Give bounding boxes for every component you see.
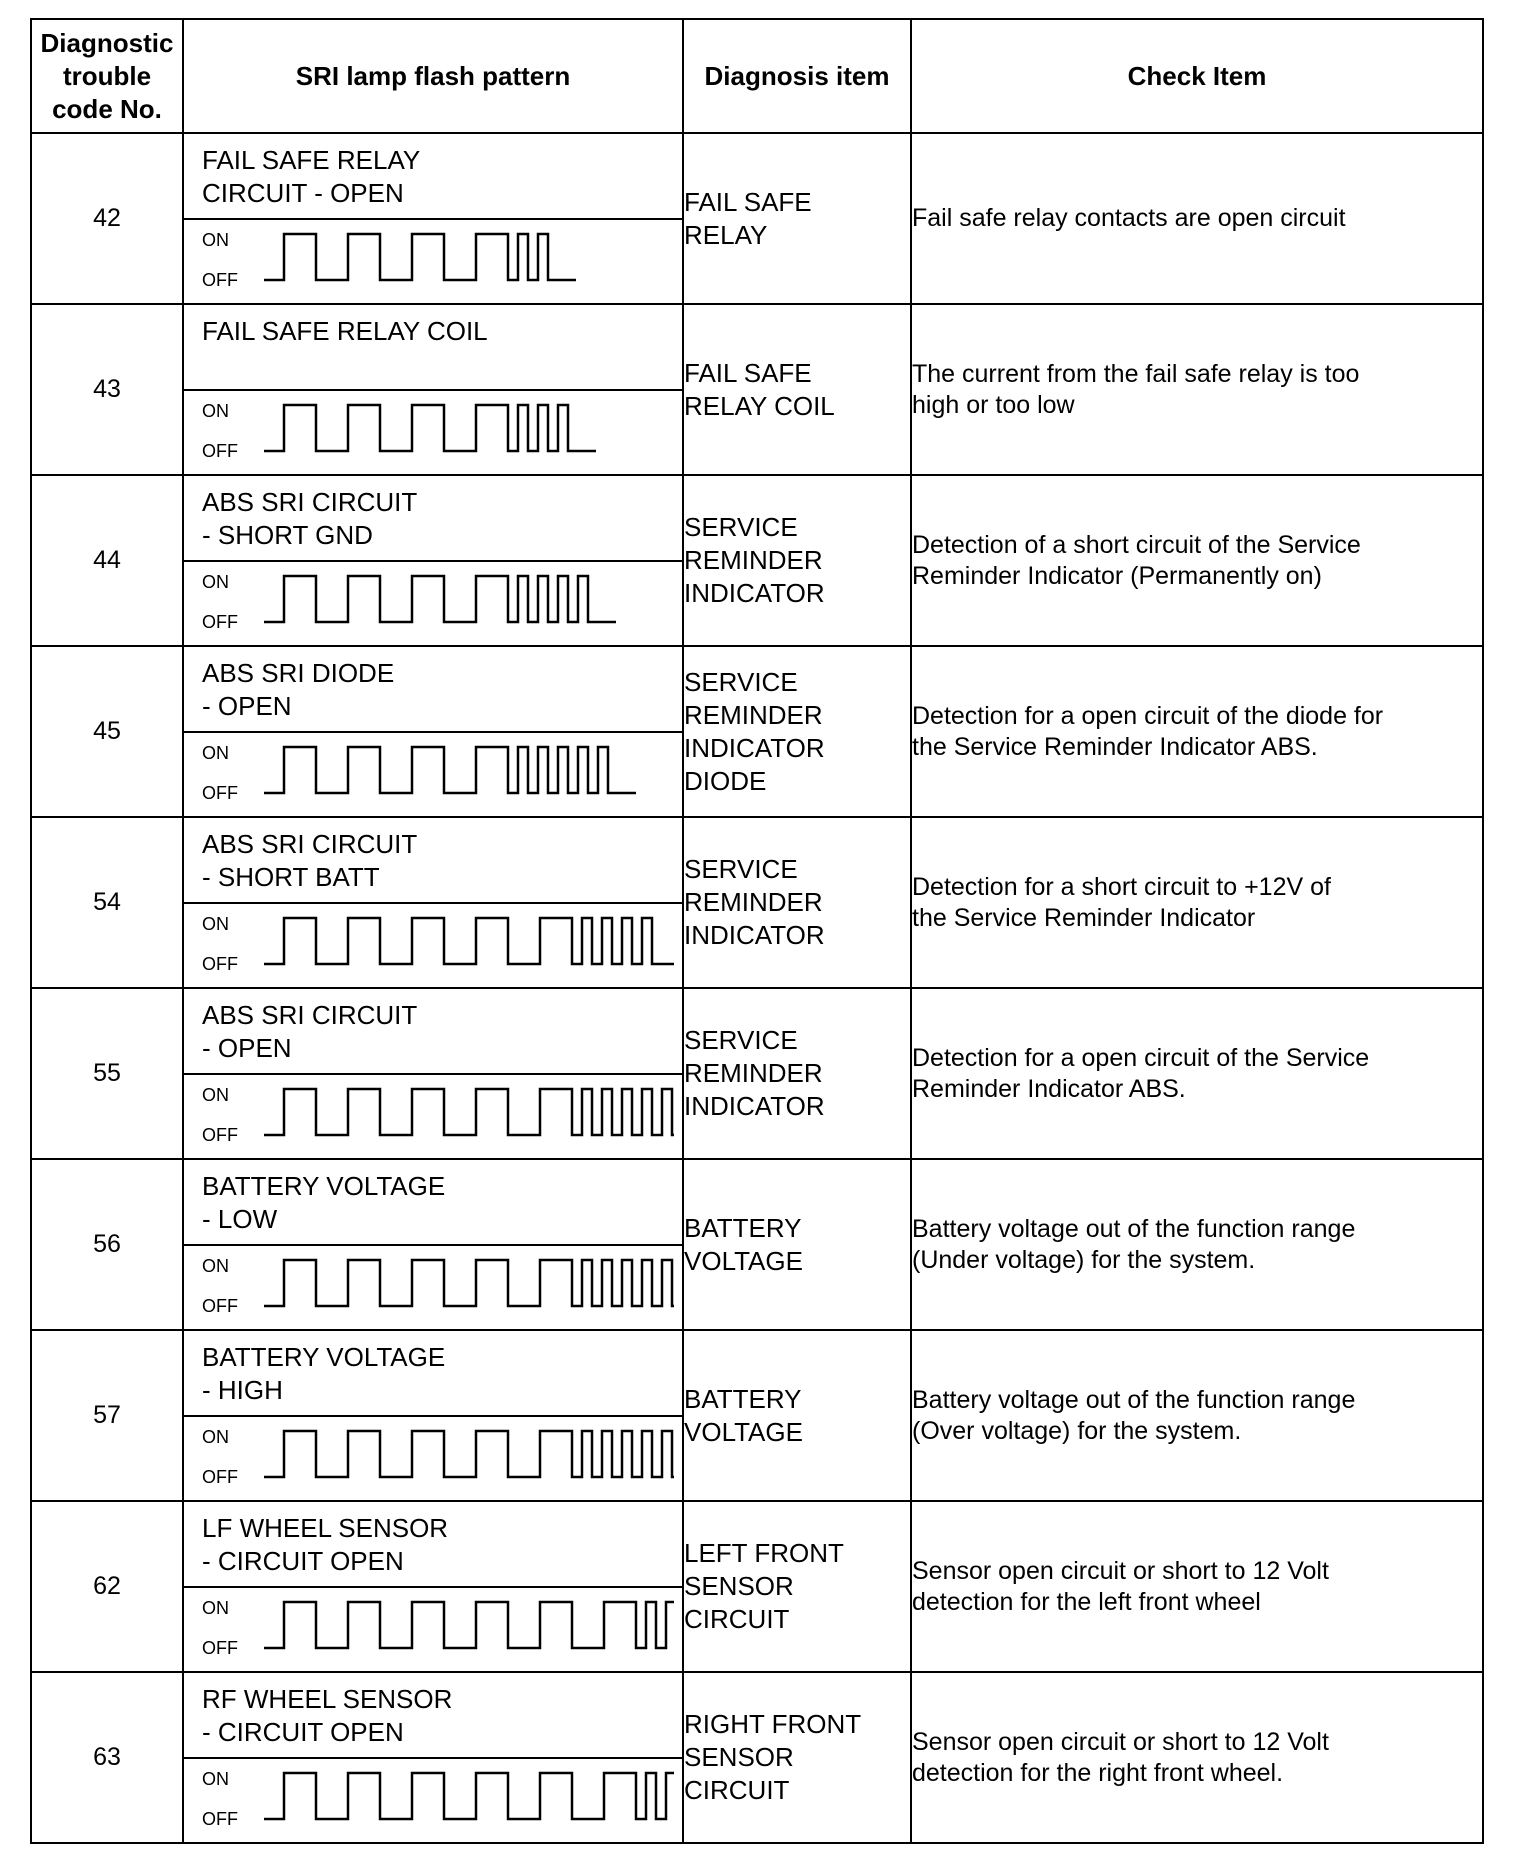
flash-pattern-cell: FAIL SAFE RELAYCIRCUIT - OPEN ON OFF (183, 133, 683, 304)
dtc-code: 42 (31, 133, 183, 304)
table-row: 57 BATTERY VOLTAGE- HIGH ON OFF BATTERYV… (31, 1330, 1483, 1501)
header-pattern: SRI lamp flash pattern (183, 19, 683, 133)
flash-waveform: ON OFF (184, 1417, 682, 1500)
diagnosis-item: FAIL SAFERELAY (683, 133, 911, 304)
diagnosis-item: SERVICEREMINDERINDICATOR (683, 475, 911, 646)
off-label: OFF (202, 954, 238, 975)
on-label: ON (202, 230, 229, 251)
flash-waveform: ON OFF (184, 733, 682, 816)
waveform-graphic (264, 912, 674, 972)
check-item: Battery voltage out of the function rang… (911, 1159, 1483, 1330)
dtc-table: Diagnostic trouble code No. SRI lamp fla… (30, 18, 1484, 1844)
pattern-label: RF WHEEL SENSOR- CIRCUIT OPEN (184, 1673, 682, 1759)
flash-pattern-cell: BATTERY VOLTAGE- LOW ON OFF (183, 1159, 683, 1330)
table-row: 55 ABS SRI CIRCUIT- OPEN ON OFF SERVICER… (31, 988, 1483, 1159)
table-row: 42 FAIL SAFE RELAYCIRCUIT - OPEN ON OFF … (31, 133, 1483, 304)
check-item: Detection of a short circuit of the Serv… (911, 475, 1483, 646)
diagnosis-item: FAIL SAFERELAY COIL (683, 304, 911, 475)
table-row: 62 LF WHEEL SENSOR- CIRCUIT OPEN ON OFF … (31, 1501, 1483, 1672)
diagnosis-item: SERVICEREMINDERINDICATORDIODE (683, 646, 911, 817)
pattern-label: FAIL SAFE RELAY COIL (184, 305, 682, 391)
check-item: Detection for a open circuit of the diod… (911, 646, 1483, 817)
flash-waveform: ON OFF (184, 1588, 682, 1671)
pattern-label: BATTERY VOLTAGE- LOW (184, 1160, 682, 1246)
pattern-label: LF WHEEL SENSOR- CIRCUIT OPEN (184, 1502, 682, 1588)
off-label: OFF (202, 1296, 238, 1317)
check-item: Fail safe relay contacts are open circui… (911, 133, 1483, 304)
flash-pattern-cell: FAIL SAFE RELAY COIL ON OFF (183, 304, 683, 475)
flash-pattern-cell: ABS SRI DIODE- OPEN ON OFF (183, 646, 683, 817)
flash-pattern-cell: ABS SRI CIRCUIT- OPEN ON OFF (183, 988, 683, 1159)
pattern-label: ABS SRI DIODE- OPEN (184, 647, 682, 733)
check-item: Sensor open circuit or short to 12 Voltd… (911, 1501, 1483, 1672)
waveform-graphic (264, 1254, 674, 1314)
off-label: OFF (202, 612, 238, 633)
check-item: The current from the fail safe relay is … (911, 304, 1483, 475)
table-row: 43 FAIL SAFE RELAY COIL ON OFF FAIL SAFE… (31, 304, 1483, 475)
table-row: 44 ABS SRI CIRCUIT- SHORT GND ON OFF SER… (31, 475, 1483, 646)
check-item: Battery voltage out of the function rang… (911, 1330, 1483, 1501)
dtc-code: 56 (31, 1159, 183, 1330)
diagnosis-item: LEFT FRONTSENSORCIRCUIT (683, 1501, 911, 1672)
table-row: 56 BATTERY VOLTAGE- LOW ON OFF BATTERYVO… (31, 1159, 1483, 1330)
flash-pattern-cell: BATTERY VOLTAGE- HIGH ON OFF (183, 1330, 683, 1501)
off-label: OFF (202, 441, 238, 462)
on-label: ON (202, 1085, 229, 1106)
check-item: Sensor open circuit or short to 12 Voltd… (911, 1672, 1483, 1843)
waveform-graphic (264, 228, 674, 288)
flash-waveform: ON OFF (184, 1759, 682, 1842)
flash-waveform: ON OFF (184, 562, 682, 645)
waveform-graphic (264, 1767, 674, 1827)
waveform-graphic (264, 1425, 674, 1485)
waveform-graphic (264, 1596, 674, 1656)
on-label: ON (202, 1769, 229, 1790)
flash-waveform: ON OFF (184, 1075, 682, 1158)
dtc-code: 62 (31, 1501, 183, 1672)
pattern-label: ABS SRI CIRCUIT- SHORT BATT (184, 818, 682, 904)
off-label: OFF (202, 270, 238, 291)
off-label: OFF (202, 1467, 238, 1488)
on-label: ON (202, 743, 229, 764)
on-label: ON (202, 914, 229, 935)
diagnosis-item: RIGHT FRONTSENSORCIRCUIT (683, 1672, 911, 1843)
table-row: 45 ABS SRI DIODE- OPEN ON OFF SERVICEREM… (31, 646, 1483, 817)
flash-waveform: ON OFF (184, 904, 682, 987)
flash-waveform: ON OFF (184, 1246, 682, 1329)
waveform-graphic (264, 399, 674, 459)
flash-pattern-cell: RF WHEEL SENSOR- CIRCUIT OPEN ON OFF (183, 1672, 683, 1843)
table-row: 54 ABS SRI CIRCUIT- SHORT BATT ON OFF SE… (31, 817, 1483, 988)
waveform-graphic (264, 570, 674, 630)
table-row: 63 RF WHEEL SENSOR- CIRCUIT OPEN ON OFF … (31, 1672, 1483, 1843)
flash-waveform: ON OFF (184, 391, 682, 474)
pattern-label: BATTERY VOLTAGE- HIGH (184, 1331, 682, 1417)
on-label: ON (202, 401, 229, 422)
diagnosis-item: SERVICEREMINDERINDICATOR (683, 817, 911, 988)
dtc-code: 63 (31, 1672, 183, 1843)
dtc-code: 55 (31, 988, 183, 1159)
waveform-graphic (264, 741, 674, 801)
check-item: Detection for a open circuit of the Serv… (911, 988, 1483, 1159)
off-label: OFF (202, 1638, 238, 1659)
on-label: ON (202, 1256, 229, 1277)
pattern-label: ABS SRI CIRCUIT- SHORT GND (184, 476, 682, 562)
waveform-graphic (264, 1083, 674, 1143)
pattern-label: ABS SRI CIRCUIT- OPEN (184, 989, 682, 1075)
dtc-code: 54 (31, 817, 183, 988)
on-label: ON (202, 572, 229, 593)
off-label: OFF (202, 1125, 238, 1146)
off-label: OFF (202, 1809, 238, 1830)
on-label: ON (202, 1427, 229, 1448)
diagnosis-item: BATTERYVOLTAGE (683, 1330, 911, 1501)
diagnosis-item: SERVICEREMINDERINDICATOR (683, 988, 911, 1159)
dtc-code: 45 (31, 646, 183, 817)
header-check: Check Item (911, 19, 1483, 133)
on-label: ON (202, 1598, 229, 1619)
flash-pattern-cell: ABS SRI CIRCUIT- SHORT GND ON OFF (183, 475, 683, 646)
off-label: OFF (202, 783, 238, 804)
header-diagnosis: Diagnosis item (683, 19, 911, 133)
diagnosis-item: BATTERYVOLTAGE (683, 1159, 911, 1330)
flash-waveform: ON OFF (184, 220, 682, 303)
dtc-code: 44 (31, 475, 183, 646)
header-code: Diagnostic trouble code No. (31, 19, 183, 133)
check-item: Detection for a short circuit to +12V of… (911, 817, 1483, 988)
header-row: Diagnostic trouble code No. SRI lamp fla… (31, 19, 1483, 133)
pattern-label: FAIL SAFE RELAYCIRCUIT - OPEN (184, 134, 682, 220)
flash-pattern-cell: LF WHEEL SENSOR- CIRCUIT OPEN ON OFF (183, 1501, 683, 1672)
flash-pattern-cell: ABS SRI CIRCUIT- SHORT BATT ON OFF (183, 817, 683, 988)
dtc-code: 57 (31, 1330, 183, 1501)
dtc-code: 43 (31, 304, 183, 475)
